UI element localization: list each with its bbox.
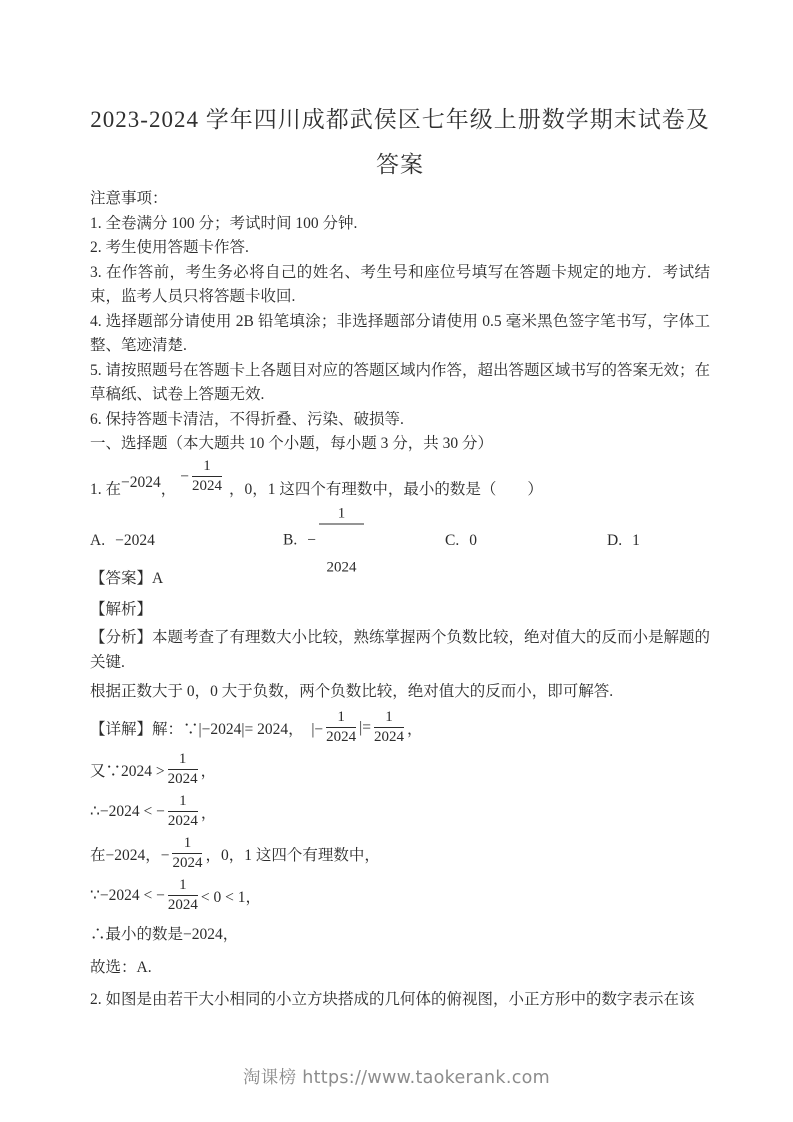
notice-item-1: 1. 全卷满分 100 分；考试时间 100 分钟. bbox=[90, 212, 710, 237]
option-d: D. 1 bbox=[607, 532, 640, 550]
question-1: 1. 在 −2024 ， − 1 2024 ，0，1 这四个有理数中，最小的数是… bbox=[90, 457, 710, 519]
option-c-value: 0 bbox=[469, 532, 477, 550]
solution-line-1: 【详解】解：∵|−2024|= 2024， |− 1 2024 |= 1 202… bbox=[90, 707, 710, 749]
fraction-numerator: 1 bbox=[172, 835, 202, 854]
fraction-numerator: 1 bbox=[168, 751, 198, 770]
fraction: 1 2024 bbox=[168, 877, 198, 914]
option-c-label: C. bbox=[445, 532, 459, 550]
fraction-numerator: 1 bbox=[326, 709, 356, 728]
solution-line-2: 又∵2024 > 1 2024 ， bbox=[90, 749, 710, 791]
answer-line: 【答案】A bbox=[90, 563, 710, 594]
fraction-minus-sign: − bbox=[307, 532, 316, 550]
notice-item-2: 2. 考生使用答题卡作答. bbox=[90, 236, 710, 261]
fraction-numerator: 1 bbox=[168, 793, 198, 812]
exam-title-line2: 答案 bbox=[90, 142, 710, 187]
option-a: A. −2024 bbox=[90, 532, 155, 550]
option-b-label: B. bbox=[283, 532, 297, 550]
solution-text: 【详解】解：∵|−2024|= 2024， |− bbox=[90, 717, 323, 739]
option-a-label: A. bbox=[90, 532, 105, 550]
fraction: 1 2024 bbox=[172, 835, 202, 872]
fraction-numerator: 1 bbox=[168, 877, 198, 896]
fraction: 1 2024 bbox=[168, 751, 198, 788]
option-b: B. − 1 2024 bbox=[283, 471, 367, 610]
notice-item-4: 4. 选择题部分请使用 2B 铅笔填涂；非选择题部分请使用 0.5 毫米黑色签字… bbox=[90, 310, 710, 359]
fraction: 1 2024 bbox=[326, 709, 356, 746]
option-d-value: 1 bbox=[632, 532, 640, 550]
question-1-comma: ， bbox=[161, 477, 177, 499]
solution-line-6: ∴最小的数是−2024， bbox=[90, 917, 710, 950]
fraction-numerator: 1 bbox=[319, 505, 364, 524]
notice-item-5: 5. 请按照题号在答题卡上各题目对应的答题区域内作答，超出答题区域书写的答案无效… bbox=[90, 359, 710, 408]
question-1-fraction: − 1 2024 bbox=[180, 458, 225, 495]
solution-text: 在−2024，− bbox=[90, 843, 169, 865]
notice-item-3: 3. 在作答前，考生务必将自己的姓名、考生号和座位号填写在答题卡规定的地方．考试… bbox=[90, 261, 710, 310]
solution-text: < 0 < 1， bbox=[201, 885, 261, 907]
solution-line-5: ∵−2024 < − 1 2024 < 0 < 1， bbox=[90, 875, 710, 917]
fraction-numerator: 1 bbox=[192, 458, 222, 477]
option-b-fraction: − 1 2024 bbox=[307, 471, 367, 610]
question-2: 2. 如图是由若干大小相同的小立方块搭成的几何体的俯视图，小正方形中的数字表示在… bbox=[90, 988, 710, 1013]
solution-text: ， bbox=[407, 717, 423, 739]
solution-text: ， bbox=[201, 801, 217, 823]
solution-line-3: ∴−2024 < − 1 2024 ， bbox=[90, 791, 710, 833]
option-c: C. 0 bbox=[445, 532, 477, 550]
fraction-denominator: 2024 bbox=[192, 477, 222, 495]
solution-text: ∴−2024 < − bbox=[90, 802, 165, 821]
fraction-denominator: 2024 bbox=[319, 558, 364, 576]
fraction-denominator: 2024 bbox=[374, 728, 404, 746]
fraction-denominator: 2024 bbox=[168, 896, 198, 914]
section-1-heading: 一、选择题（本大题共 10 个小题，每小题 3 分，共 30 分） bbox=[90, 432, 710, 457]
footer-watermark: 淘课榜 https://www.taokerank.com bbox=[0, 1064, 793, 1089]
fraction-denominator: 2024 bbox=[168, 812, 198, 830]
exam-document-page: 2023-2024 学年四川成都武侯区七年级上册数学期末试卷及 答案 注意事项：… bbox=[0, 0, 793, 1122]
fraction-denominator: 2024 bbox=[168, 770, 198, 788]
fraction: 1 2024 bbox=[374, 709, 404, 746]
exam-title-line1: 2023-2024 学年四川成都武侯区七年级上册数学期末试卷及 bbox=[90, 97, 710, 142]
solution-text: ， bbox=[201, 759, 217, 781]
question-1-lead: 1. 在 bbox=[90, 477, 121, 499]
solution-text: ，0，1 这四个有理数中， bbox=[205, 843, 379, 865]
question-1-options: A. −2024 B. − 1 2024 C. 0 D. 1 bbox=[90, 519, 710, 563]
option-a-value: −2024 bbox=[115, 532, 155, 550]
fraction-denominator: 2024 bbox=[326, 728, 356, 746]
option-d-label: D. bbox=[607, 532, 622, 550]
analysis-text: 【分析】本题考查了有理数大小比较，熟练掌握两个负数比较，绝对值大的反而小是解题的… bbox=[90, 625, 710, 676]
fraction: 1 2024 bbox=[168, 793, 198, 830]
exam-title: 2023-2024 学年四川成都武侯区七年级上册数学期末试卷及 答案 bbox=[90, 97, 710, 187]
question-1-rest: ，0，1 这四个有理数中，最小的数是（ ） bbox=[229, 477, 543, 499]
document-content: 2023-2024 学年四川成都武侯区七年级上册数学期末试卷及 答案 注意事项：… bbox=[0, 0, 793, 1012]
fraction: 1 2024 bbox=[319, 471, 364, 610]
analysis-heading: 【解析】 bbox=[90, 594, 710, 625]
solution-text: |= bbox=[359, 719, 371, 737]
solution-text: ∵−2024 < − bbox=[90, 886, 165, 905]
solution-text: ∴最小的数是−2024， bbox=[90, 922, 238, 944]
solution-basis: 根据正数大于 0，0 大于负数，两个负数比较，绝对值大的反而小，即可解答. bbox=[90, 676, 710, 707]
question-1-raised-number: −2024 bbox=[121, 474, 161, 492]
notice-heading: 注意事项： bbox=[90, 187, 710, 212]
fraction-numerator: 1 bbox=[374, 709, 404, 728]
fraction-minus-sign: − bbox=[180, 468, 189, 486]
solution-line-4: 在−2024，− 1 2024 ，0，1 这四个有理数中， bbox=[90, 833, 710, 875]
notice-item-6: 6. 保持答题卡清洁，不得折叠、污染、破损等. bbox=[90, 408, 710, 433]
fraction-denominator: 2024 bbox=[172, 854, 202, 872]
solution-text: 故选：A. bbox=[90, 955, 152, 977]
solution-line-7: 故选：A. bbox=[90, 950, 710, 983]
solution-text: 又∵2024 > bbox=[90, 759, 165, 781]
fraction: 1 2024 bbox=[192, 458, 222, 495]
